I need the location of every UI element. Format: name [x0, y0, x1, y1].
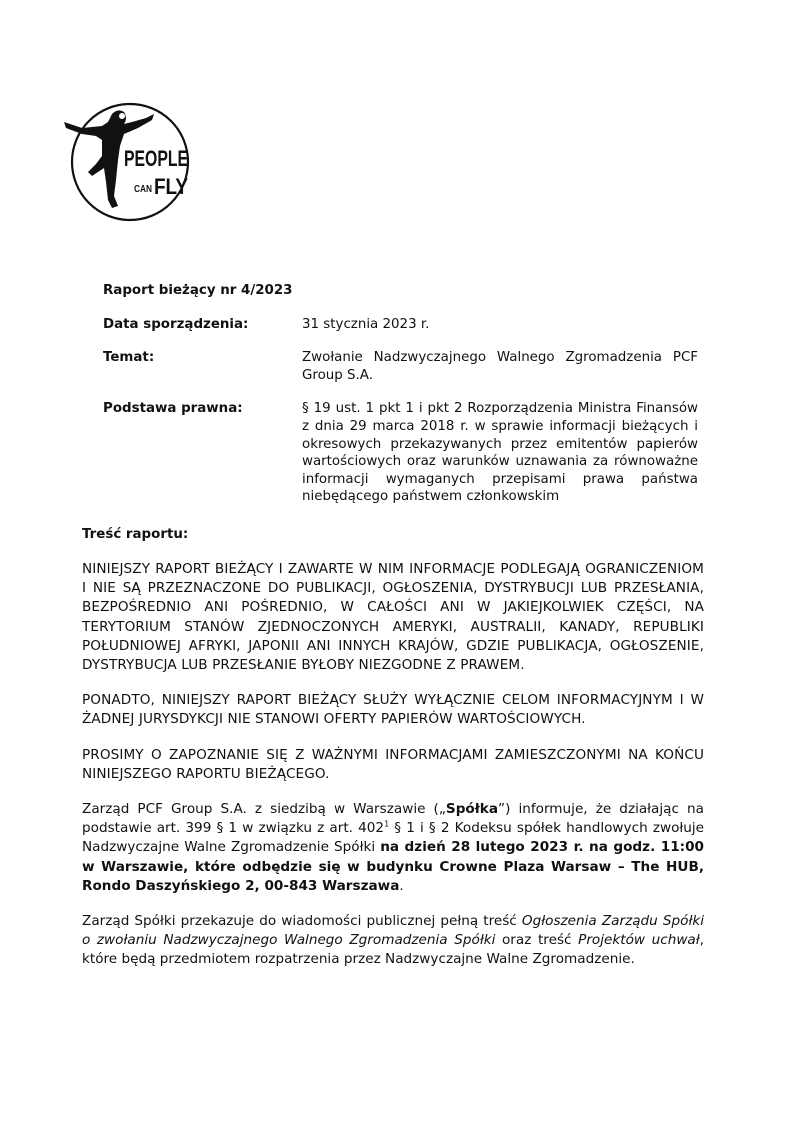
date-row: Data sporządzenia: 31 stycznia 2023 r.: [103, 316, 698, 334]
text: oraz treść: [495, 932, 578, 948]
text: .: [399, 878, 403, 894]
logo-text-fly: FLY: [154, 174, 188, 199]
disclaimer-paragraph-1: NINIEJSZY RAPORT BIEŻĄCY I ZAWARTE W NIM…: [82, 560, 704, 675]
text: Zarząd Spółki przekazuje do wiadomości p…: [82, 913, 522, 929]
date-label: Data sporządzenia:: [103, 316, 302, 334]
report-metadata: Raport bieżący nr 4/2023 Data sporządzen…: [103, 282, 698, 522]
subject-value: Zwołanie Nadzwyczajnego Walnego Zgromadz…: [302, 349, 698, 384]
people-can-fly-logo: PEOPLE CAN FLY: [62, 100, 194, 224]
text: Zarząd PCF Group S.A. z siedzibą w Warsz…: [82, 801, 446, 817]
report-content: Treść raportu: NINIEJSZY RAPORT BIEŻĄCY …: [82, 526, 704, 986]
subject-row: Temat: Zwołanie Nadzwyczajnego Walnego Z…: [103, 349, 698, 384]
convocation-paragraph: Zarząd PCF Group S.A. z siedzibą w Warsz…: [82, 800, 704, 896]
legal-basis-value: § 19 ust. 1 pkt 1 i pkt 2 Rozporządzenia…: [302, 400, 698, 506]
report-number: Raport bieżący nr 4/2023: [103, 282, 698, 300]
date-value: 31 stycznia 2023 r.: [302, 316, 698, 334]
subject-label: Temat:: [103, 349, 302, 384]
bold-text: Spółka: [446, 801, 498, 817]
content-heading: Treść raportu:: [82, 526, 704, 544]
italic-text: Projektów uchwał: [578, 932, 700, 948]
legal-basis-row: Podstawa prawna: § 19 ust. 1 pkt 1 i pkt…: [103, 400, 698, 506]
people-can-fly-logo-icon: PEOPLE CAN FLY: [62, 100, 194, 224]
logo-text-can: CAN: [134, 184, 152, 195]
logo-text-people: PEOPLE: [124, 146, 188, 171]
announcement-paragraph: Zarząd Spółki przekazuje do wiadomości p…: [82, 912, 704, 970]
disclaimer-paragraph-3: PROSIMY O ZAPOZNANIE SIĘ Z WAŻNYMI INFOR…: [82, 746, 704, 784]
disclaimer-paragraph-2: PONADTO, NINIEJSZY RAPORT BIEŻĄCY SŁUŻY …: [82, 691, 704, 729]
legal-basis-label: Podstawa prawna:: [103, 400, 302, 506]
